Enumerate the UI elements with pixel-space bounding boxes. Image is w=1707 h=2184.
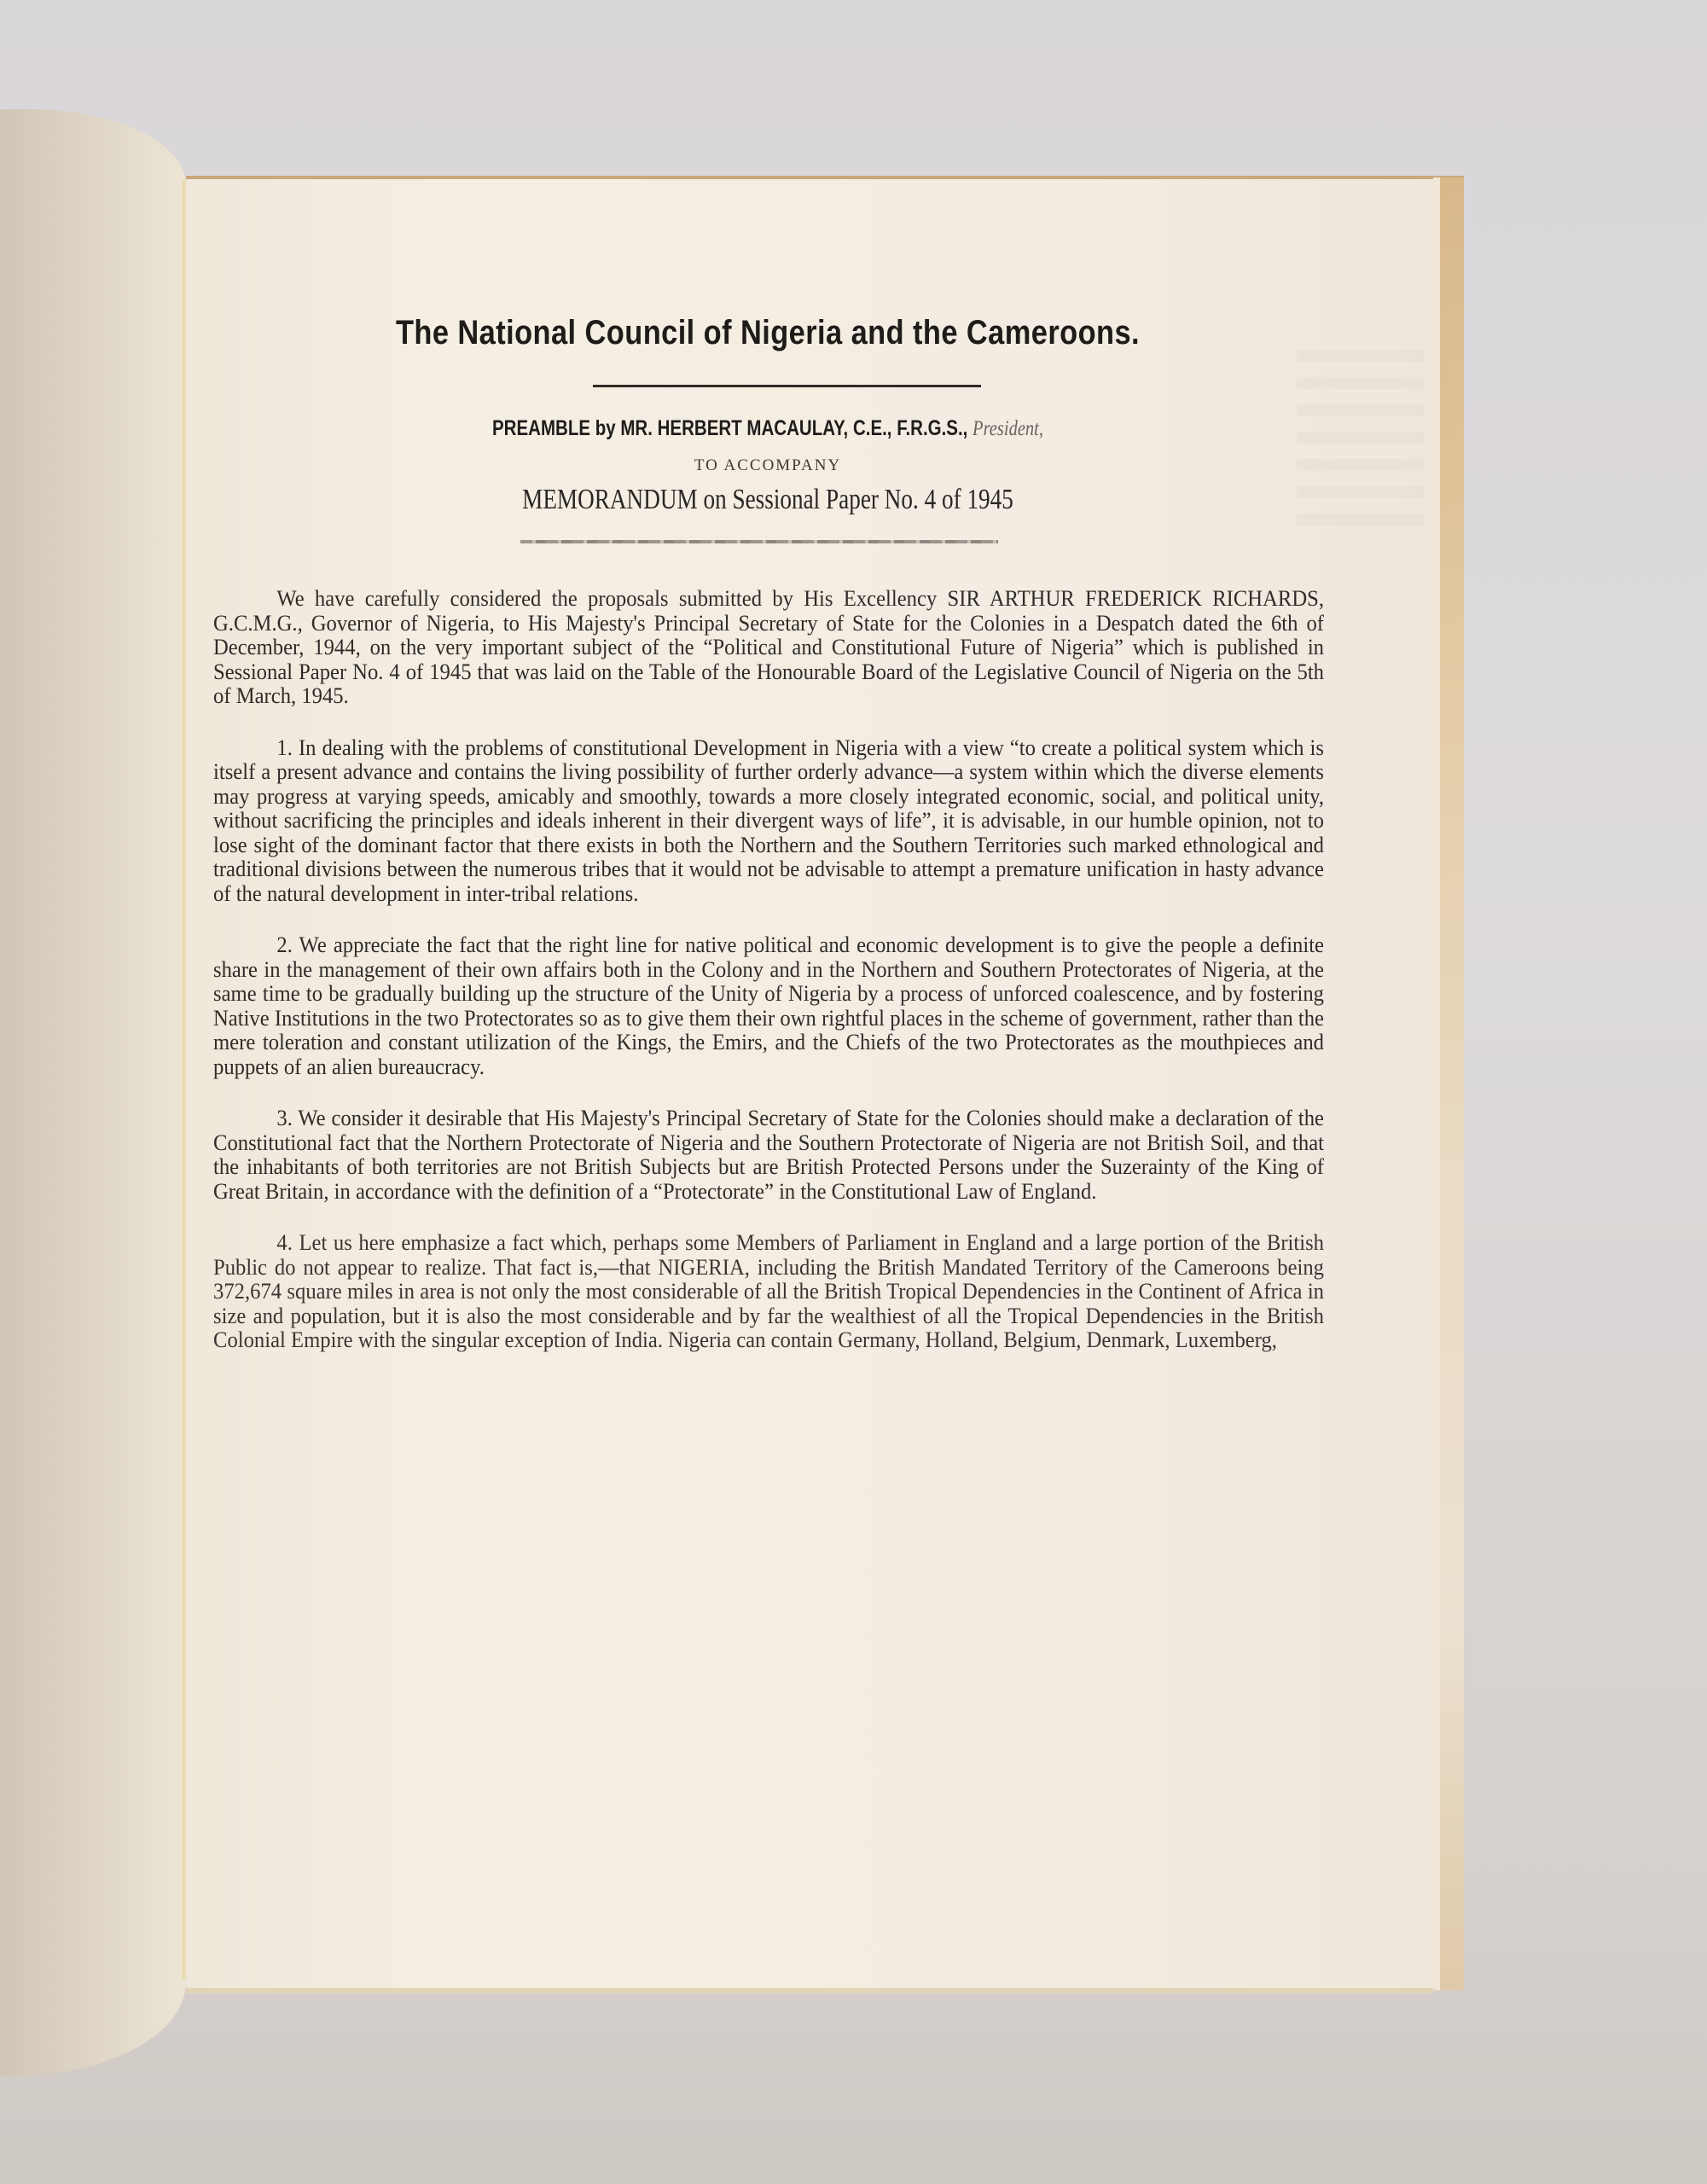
document-title: The National Council of Nigeria and the … bbox=[291, 314, 1245, 352]
document-content: The National Council of Nigeria and the … bbox=[213, 299, 1322, 1352]
paragraph-text: We consider it desirable that His Majest… bbox=[213, 1105, 1324, 1204]
paragraph-number: 3. bbox=[276, 1105, 292, 1130]
paragraph-3: 3. We consider it desirable that His Maj… bbox=[213, 1106, 1324, 1203]
intro-paragraph: We have carefully considered the proposa… bbox=[213, 586, 1324, 708]
memorandum-heading: MEMORANDUM on Sessional Paper No. 4 of 1… bbox=[324, 484, 1211, 516]
paragraph-text: Let us here emphasize a fact which, perh… bbox=[213, 1229, 1324, 1352]
to-accompany-label: TO ACCOMPANY bbox=[213, 456, 1322, 475]
preamble-author: PREAMBLE by MR. HERBERT MACAULAY, C.E., … bbox=[492, 416, 967, 440]
paragraph-number: 4. bbox=[276, 1229, 292, 1255]
paragraph-2: 2. We appreciate the fact that the right… bbox=[213, 932, 1324, 1078]
paragraph-number: 2. bbox=[276, 932, 292, 957]
paragraph-4: 4. Let us here emphasize a fact which, p… bbox=[213, 1230, 1324, 1352]
decorative-rule bbox=[520, 540, 998, 543]
preamble-role: President, bbox=[973, 417, 1043, 440]
left-facing-page bbox=[0, 109, 186, 2076]
paragraph-number: 1. bbox=[276, 735, 292, 760]
paragraph-1: 1. In dealing with the problems of const… bbox=[213, 735, 1324, 906]
page-fore-edge bbox=[1433, 177, 1464, 1990]
title-rule bbox=[593, 385, 981, 387]
preamble-line: PREAMBLE by MR. HERBERT MACAULAY, C.E., … bbox=[313, 416, 1222, 441]
paragraph-text: In dealing with the problems of constitu… bbox=[213, 735, 1324, 906]
paragraph-text: We have carefully considered the proposa… bbox=[213, 585, 1324, 708]
paragraph-text: We appreciate the fact that the right li… bbox=[213, 932, 1324, 1079]
